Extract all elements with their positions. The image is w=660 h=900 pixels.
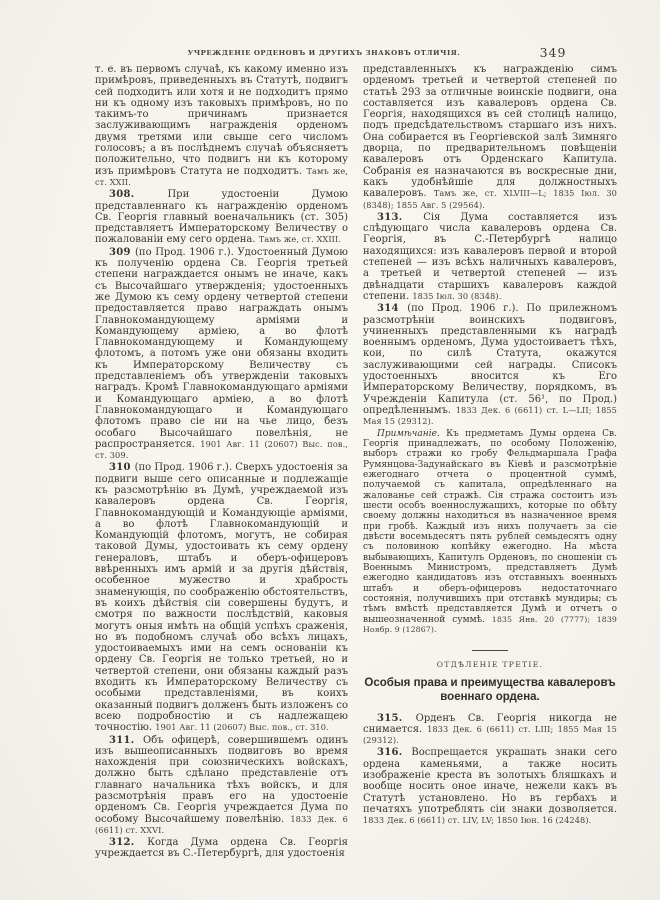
note-lead: Примѣчаніе.	[377, 429, 446, 439]
article-number: 309	[109, 247, 135, 258]
article-paragraph: 311. Объ офицерѣ, совершившемъ одинъ изъ…	[95, 735, 348, 837]
citation: 1833 Дек. 6 (6611) ст. LIII; 1855 Мая 15…	[363, 724, 617, 745]
article-paragraph: 308. При удостоеніи Думою представленнаг…	[95, 189, 348, 245]
article-number: 312.	[109, 837, 147, 848]
section-divider	[363, 646, 617, 651]
citation: 1901 Авг. 11 (20607) Выс. пов., ст. 310.	[155, 722, 328, 732]
note-paragraph: Примѣчаніе. Къ предметамъ Думы ордена Св…	[363, 429, 617, 636]
article-number: 308.	[109, 189, 167, 200]
section-title: Особыя права и преимущества кавалеровъ в…	[363, 677, 617, 704]
article-paragraph: 316. Воспрещается украшать знаки сего ор…	[363, 747, 617, 826]
column-right: представленныхъ къ награжденію симъ орде…	[363, 64, 617, 828]
article-paragraph: т. е. въ первомъ случаѣ, къ какому именн…	[95, 64, 348, 188]
article-number: 310	[109, 462, 135, 473]
article-number: 315.	[377, 713, 416, 724]
running-header-title: УЧРЕЖДЕНІЕ ОРДЕНОВЪ И ДРУГИХЪ ЗНАКОВЪ ОТ…	[188, 49, 461, 57]
citation: 1835 Іюл. 30 (8348).	[412, 291, 501, 301]
divider-rule	[472, 650, 508, 651]
section-label: ОТДѢЛЕНІЕ ТРЕТІЕ.	[363, 660, 617, 669]
citation: Тамъ же, ст. XLVIII—L; 1835 Іюл. 30 (834…	[363, 188, 617, 209]
citation: 1835 Янв. 20 (7777); 1839 Ноябр. 9 (1286…	[363, 615, 617, 634]
article-number: 316.	[377, 747, 411, 758]
citation: 1833 Дек. 6 (6611) ст. LIV, LV; 1850 Іюн…	[363, 815, 591, 825]
article-paragraph: 315. Орденъ Св. Георгія никогда не снима…	[363, 713, 617, 747]
article-paragraph: 313. Сія Дума составляется изъ слѣдующаг…	[363, 212, 617, 302]
citation: 1901 Авг. 11 (20607) Выс. пов., ст. 309.	[95, 439, 348, 460]
article-number: 314	[377, 303, 407, 314]
article-paragraph: 309 (по Прод. 1906 г.). Удостоенный Думо…	[95, 247, 348, 462]
article-paragraph: 314 (по Прод. 1906 г.). По прилежномъ ра…	[363, 303, 617, 427]
article-number: 311.	[109, 735, 143, 746]
page-number: 349	[528, 45, 578, 60]
article-paragraph: представленныхъ къ награжденію симъ орде…	[363, 64, 617, 211]
article-number: 313.	[377, 212, 423, 223]
article-paragraph: 310 (по Прод. 1906 г.). Сверхъ удостоені…	[95, 462, 348, 733]
citation: 1833 Дек. 6 (6611) ст. L—LII; 1855 Мая 1…	[363, 405, 617, 426]
citation: Тамъ же, ст. XXIII.	[259, 234, 341, 244]
column-left: т. е. въ первомъ случаѣ, къ какому именн…	[95, 64, 348, 861]
running-header: УЧРЕЖДЕНІЕ ОРДЕНОВЪ И ДРУГИХЪ ЗНАКОВЪ ОТ…	[95, 49, 553, 57]
citation: 1833 Дек. 6 (6611) ст. XXVI.	[95, 814, 348, 835]
article-paragraph: 312. Когда Дума ордена Св. Георгія учреж…	[95, 837, 348, 860]
citation: Тамъ же, ст. XXII.	[95, 166, 348, 187]
document-page: УЧРЕЖДЕНІЕ ОРДЕНОВЪ И ДРУГИХЪ ЗНАКОВЪ ОТ…	[0, 0, 660, 900]
